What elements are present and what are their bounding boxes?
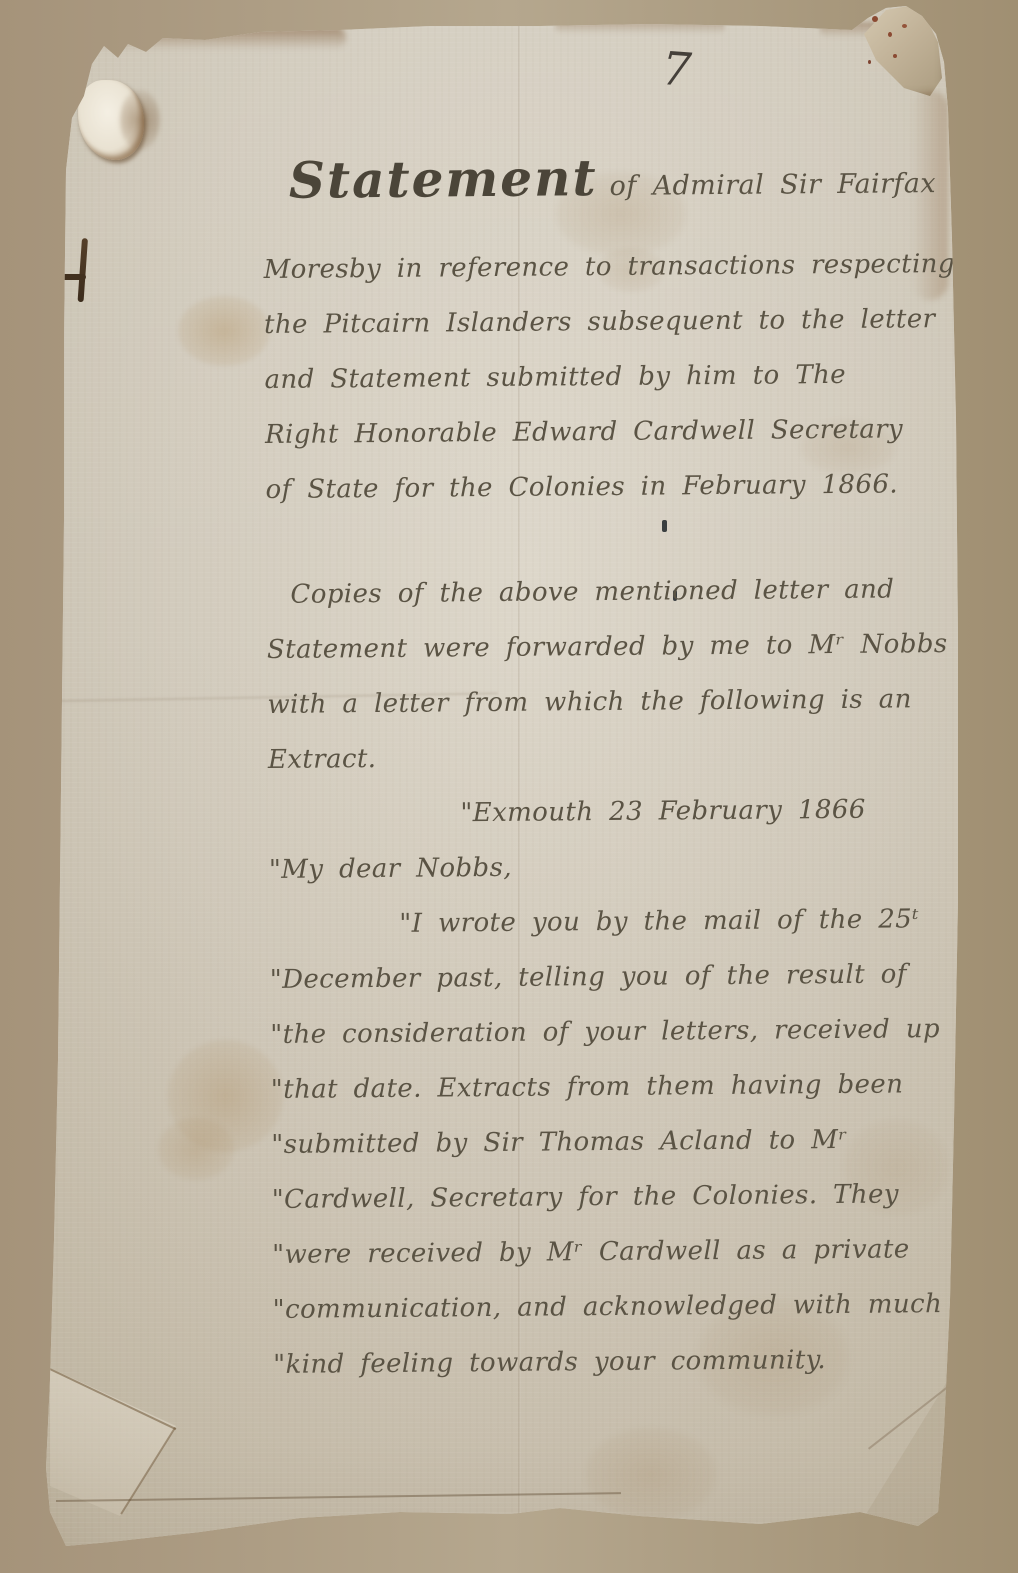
title-lead-word: Statement [289,148,598,210]
manuscript-line: "that date. Extracts from them having be… [271,1057,949,1118]
manuscript-line: "December past, telling you of the resul… [270,947,948,1008]
speckle [902,24,907,28]
salutation: "My dear Nobbs, [269,837,947,898]
bottom-page-edge-line [56,1492,621,1502]
stain [168,1040,283,1152]
manuscript-line: the Pitcairn Islanders subsequent to the… [264,292,942,353]
manuscript-text: Statementof Admiral Sir Fairfax Moresby … [263,145,952,1393]
speckle [868,60,871,64]
opening-paragraph: Moresby in reference to transactions res… [263,237,943,518]
manuscript-line: "submitted by Sir Thomas Acland to Mʳ [271,1112,949,1173]
manuscript-line: "communication, and acknowledged with mu… [272,1277,950,1338]
manuscript-line: "were received by Mʳ Cardwell as a priva… [272,1222,950,1283]
manuscript-title: Statementof Admiral Sir Fairfax [263,145,942,243]
torn-paper-hole [78,80,144,160]
manuscript-line: and Statement submitted by him to The [264,347,942,408]
paper-sheet: 7 Statementof Admiral Sir Fairfax Moresb… [0,0,1018,1573]
page-number: 7 [660,41,693,97]
stain [178,296,270,366]
letter-body: "I wrote you by the mail of the 25ᵗ"Dece… [269,892,951,1393]
manuscript-line: Extract. [268,727,946,788]
dateline: "Exmouth 23 February 1866 [268,782,946,843]
paper-stack: 7 Statementof Admiral Sir Fairfax Moresb… [0,0,1018,1573]
paragraph-gap [266,512,944,568]
manuscript-line: Statement were forwarded by me to Mʳ Nob… [267,617,945,678]
manuscript-line: with a letter from which the following i… [267,672,945,733]
title-continuation: of Admiral Sir Fairfax [609,168,936,202]
staple-mark [78,238,88,302]
speckle [888,32,892,37]
speckle [893,54,897,58]
stain [586,1428,716,1520]
manuscript-line: Copies of the above mentioned letter and [266,562,944,623]
manuscript-line: of State for the Colonies in February 18… [265,457,943,518]
manuscript-line: "Cardwell, Secretary for the Colonies. T… [272,1167,950,1228]
manuscript-line: "I wrote you by the mail of the 25ᵗ [269,892,947,953]
dog-ear-fold [48,1366,180,1518]
torn-edge-shading [120,90,160,150]
fold-crease-line [120,1427,176,1515]
copies-paragraph: Copies of the above mentioned letter and… [266,562,946,788]
manuscript-line: Moresby in reference to transactions res… [263,237,941,298]
speckle [872,16,878,22]
photograph: 7 Statementof Admiral Sir Fairfax Moresb… [0,0,1018,1573]
stain [158,1118,234,1180]
fold-crease-line [49,1368,176,1430]
manuscript-line: Right Honorable Edward Cardwell Secretar… [265,402,943,463]
manuscript-line: "kind feeling towards your community. [273,1332,951,1393]
manuscript-line: "the consideration of your letters, rece… [270,1002,948,1063]
